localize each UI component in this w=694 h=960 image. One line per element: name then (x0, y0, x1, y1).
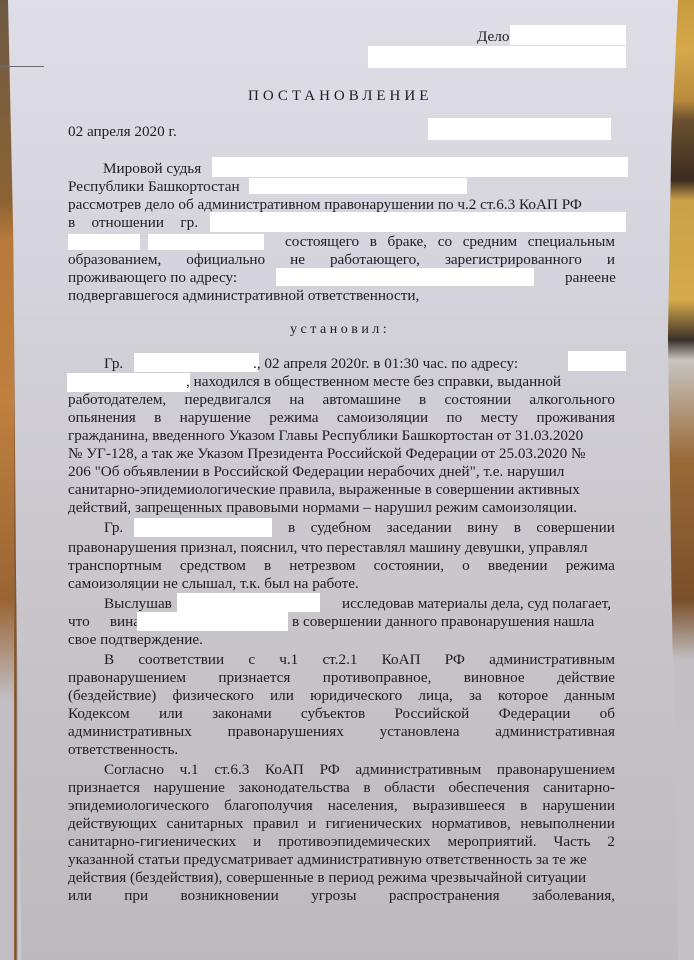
redacted-case-id (368, 46, 626, 68)
law1-line-4: Кодексом или законами субъектов Российск… (68, 704, 615, 724)
hearing-line-2: в совершении данного правонарушения нашл… (292, 612, 594, 632)
redacted-judge-name (212, 157, 628, 177)
redacted-defendant-name (210, 212, 626, 232)
law2-line-1: Согласно ч.1 ст.6.3 КоАП РФ администрати… (104, 760, 615, 780)
redacted-birth-date (68, 234, 140, 250)
section-heading: установил: (290, 320, 390, 340)
law2-line-7: действия (бездействия), совершенные в пе… (68, 868, 586, 888)
redacted-address (276, 268, 534, 286)
hearing-line-1-head: Выслушав (104, 594, 172, 614)
law1-line-2: правонарушением признается противоправно… (68, 668, 615, 688)
facts-line-2: , находился в общественном месте без спр… (186, 372, 561, 392)
facts-line-5: гражданина, введенного Указом Главы Респ… (68, 426, 583, 446)
admission-line-3: транспортным средством в нетрезвом состо… (68, 556, 615, 576)
redacted-offense-address (568, 351, 626, 371)
law1-line-5: административных правонарушениях установ… (68, 722, 615, 742)
facts-line-3: работодателем, передвигался на автомашин… (68, 390, 615, 410)
intro-line-5: состоящего в браке, со средним специальн… (285, 232, 615, 252)
facts-line-8: санитарно-эпидемиологические правила, вы… (68, 480, 580, 500)
admission-line-4: самоизоляции не слышал, т.к. был на рабо… (68, 574, 359, 594)
document-date: 02 апреля 2020 г. (68, 122, 177, 142)
law2-line-4: действующих санитарных правил и гигиенич… (68, 814, 615, 834)
facts-line-7: 206 "Об объявлении в Российской Федераци… (68, 462, 564, 482)
law1-line-1: В соответствии с ч.1 ст.2.1 КоАП РФ адми… (104, 650, 615, 670)
redacted-birth-place (148, 234, 264, 250)
hearing-line-3: свое подтверждение. (68, 630, 203, 650)
law2-line-2: признается нарушение законодательства в … (68, 778, 615, 798)
intro-line-6: образованием, официально не работающего,… (68, 250, 615, 270)
document-title: ПОСТАНОВЛЕНИЕ (248, 86, 432, 106)
redacted-court-district (249, 178, 467, 194)
redacted-defendant-name-4 (177, 593, 320, 612)
intro-line-1: Мировой судья (103, 159, 201, 179)
redacted-case-number (510, 25, 626, 45)
paper-fold-mark (0, 66, 44, 67)
intro-line-8: подвергавшегося административной ответст… (68, 286, 419, 306)
hearing-line-2-head: что вина (68, 612, 140, 632)
law1-line-3: (бездействие) физического или юридическо… (68, 686, 615, 706)
law2-line-8: или при возникновении угрозы распростран… (68, 886, 615, 906)
redacted-defendant-name-5 (137, 612, 288, 631)
admission-line-1-head: Гр. (104, 518, 123, 538)
redacted-defendant-name-2 (134, 353, 259, 372)
admission-line-1: в судебном заседании вину в совершении (288, 518, 615, 538)
redacted-defendant-name-3 (134, 518, 272, 537)
intro-line-7-tail: ранее не (565, 268, 615, 288)
case-number-label: Дело (477, 27, 509, 47)
intro-line-4: в отношении гр. (68, 213, 198, 233)
law2-line-6: указанной статьи предусматривает админис… (68, 850, 587, 870)
facts-line-6: № УГ-128, а так же Указом Президента Рос… (68, 444, 586, 464)
facts-line-9: действий, запрещенных правовыми нормами … (68, 498, 577, 518)
facts-line-1-head: Гр. (104, 354, 123, 374)
hearing-line-1: исследовав материалы дела, суд полагает, (342, 594, 611, 614)
facts-line-1: ., 02 апреля 2020г. в 01:30 час. по адре… (253, 354, 518, 374)
redacted-location (428, 118, 611, 140)
law2-line-5: санитарно-гигиенических и противоэпидеми… (68, 832, 615, 852)
facts-line-4: опьянения в нарушение режима самоизоляци… (68, 408, 615, 428)
intro-line-7: проживающего по адресу: (68, 268, 237, 288)
intro-line-2: Республики Башкортостан (68, 177, 240, 197)
law1-line-6: ответственность. (68, 740, 178, 760)
law2-line-3: эпидемиологического благополучия населен… (68, 796, 615, 816)
admission-line-2: правонарушения признал, пояснил, что пер… (68, 538, 588, 558)
